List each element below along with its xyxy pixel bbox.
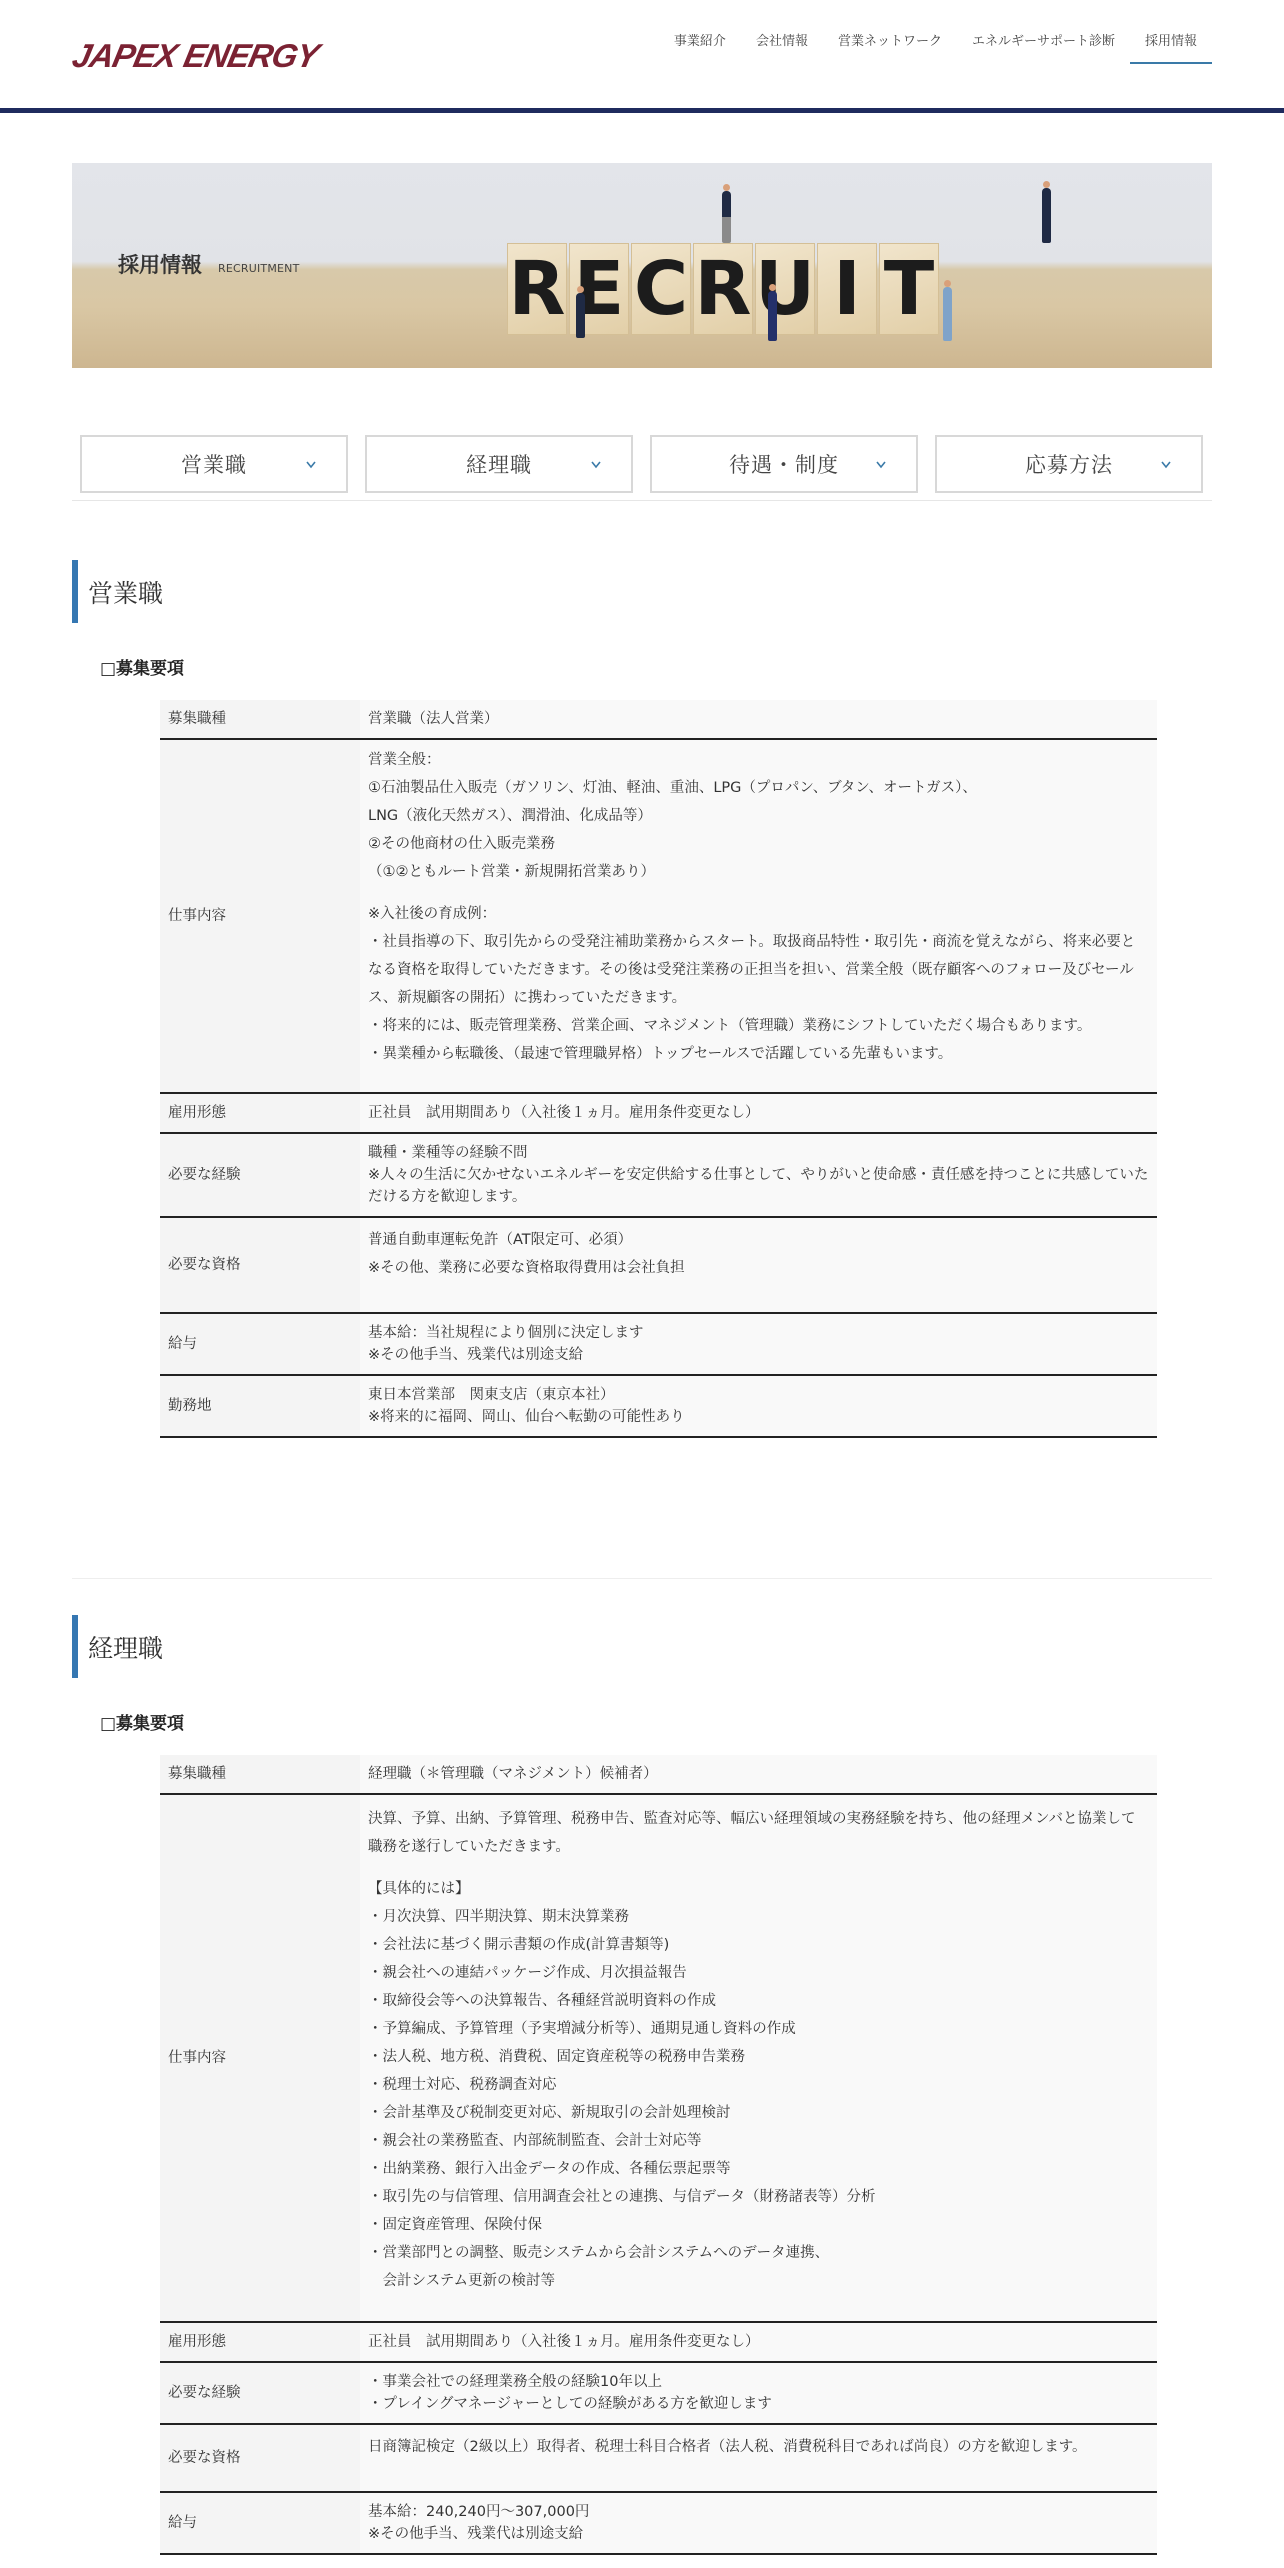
row-value: ・事業会社での経理業務全般の経験10年以上 ・プレイングマネージャーとしての経験…: [360, 2362, 1157, 2424]
requirements-heading: □募集要項: [100, 654, 184, 679]
row-label: 必要な経験: [160, 2362, 360, 2424]
value-line: 日商簿記検定（2級以上）取得者、税理士科目合格者（法人税、消費税科目であれば尚良…: [368, 2433, 1149, 2461]
table-row: 必要な資格 普通自動車運転免許（AT限定可、必須） ※その他、業務に必要な資格取…: [160, 1217, 1157, 1313]
tab-label: 待遇・制度: [729, 449, 839, 479]
section-heading-sales: 営業職: [72, 560, 163, 623]
value-line: 【具体的には】: [368, 1875, 1149, 1903]
tab-how-to-apply[interactable]: 応募方法: [935, 435, 1203, 493]
main-nav: 事業紹介 会社情報 営業ネットワーク エネルギーサポート診断 採用情報: [659, 26, 1212, 64]
letter-block: C: [631, 243, 691, 335]
nav-item-recruitment[interactable]: 採用情報: [1130, 26, 1212, 64]
section-title: 経理職: [88, 1629, 163, 1665]
section-heading-accounting: 経理職: [72, 1615, 163, 1678]
chevron-down-icon: [306, 459, 316, 469]
page-subtitle: RECRUITMENT: [218, 262, 300, 275]
row-value: 正社員 試用期間あり（入社後１ヵ月。雇用条件変更なし）: [360, 1093, 1157, 1133]
miniature-figure: [722, 191, 731, 243]
letter-block: U: [755, 243, 815, 335]
page-title: 採用情報: [118, 249, 202, 279]
tab-label: 応募方法: [1025, 449, 1113, 479]
nav-item-company[interactable]: 会社情報: [741, 26, 823, 64]
tab-benefits[interactable]: 待遇・制度: [650, 435, 918, 493]
row-value: 経理職（＊管理職（マネジメント）候補者）: [360, 1755, 1157, 1794]
chevron-down-icon: [876, 459, 886, 469]
value-line: ・法人税、地方税、消費税、固定資産税等の税務申告業務: [368, 2043, 1149, 2071]
row-label: 仕事内容: [160, 1794, 360, 2322]
value-line: ・事業会社での経理業務全般の経験10年以上: [368, 2371, 1149, 2393]
row-label: 給与: [160, 1313, 360, 1375]
nav-item-sales-network[interactable]: 営業ネットワーク: [823, 26, 957, 64]
spacer: [368, 886, 1149, 900]
row-label: 勤務地: [160, 1375, 360, 1437]
value-line: ※将来的に福岡、岡山、仙台へ転勤の可能性あり: [368, 1406, 1149, 1428]
nav-item-energy-support[interactable]: エネルギーサポート診断: [957, 26, 1130, 64]
miniature-figure: [768, 291, 777, 341]
table-row: 募集職種 営業職（法人営業）: [160, 700, 1157, 739]
requirements-heading: □募集要項: [100, 1709, 184, 1734]
miniature-figure: [576, 293, 585, 338]
value-line: ・月次決算、四半期決算、期末決算業務: [368, 1903, 1149, 1931]
table-row: 仕事内容 営業全般： ①石油製品仕入販売（ガソリン、灯油、軽油、重油、LPG（プ…: [160, 739, 1157, 1093]
miniature-figure: [1042, 188, 1051, 243]
value-line: 決算、予算、出納、予算管理、税務申告、監査対応等、幅広い経理領域の実務経験を持ち…: [368, 1805, 1149, 1861]
row-value: 日商簿記検定（2級以上）取得者、税理士科目合格者（法人税、消費税科目であれば尚良…: [360, 2424, 1157, 2492]
row-value: 基本給：当社規程により個別に決定します ※その他手当、残業代は別途支給: [360, 1313, 1157, 1375]
sales-requirements-table: 募集職種 営業職（法人営業） 仕事内容 営業全般： ①石油製品仕入販売（ガソリン…: [160, 700, 1157, 1438]
value-line: ・固定資産管理、保険付保: [368, 2211, 1149, 2239]
value-line: 職種・業種等の経験不問: [368, 1142, 1149, 1164]
row-value: 営業職（法人営業）: [360, 700, 1157, 739]
nav-item-business[interactable]: 事業紹介: [659, 26, 741, 64]
value-line: 基本給：当社規程により個別に決定します: [368, 1322, 1149, 1344]
table-row: 雇用形態 正社員 試用期間あり（入社後１ヵ月。雇用条件変更なし）: [160, 2322, 1157, 2362]
recruit-blocks-image: R E C R U I T: [507, 243, 939, 335]
row-value: 正社員 試用期間あり（入社後１ヵ月。雇用条件変更なし）: [360, 2322, 1157, 2362]
banner-title-group: 採用情報 RECRUITMENT: [118, 249, 300, 279]
table-row: 給与 基本給：当社規程により個別に決定します ※その他手当、残業代は別途支給: [160, 1313, 1157, 1375]
value-line: ※人々の生活に欠かせないエネルギーを安定供給する仕事として、やりがいと使命感・責…: [368, 1164, 1149, 1208]
row-label: 仕事内容: [160, 739, 360, 1093]
spacer: [368, 1861, 1149, 1875]
value-line: 基本給：240,240円～307,000円: [368, 2501, 1149, 2523]
header-divider: [0, 108, 1284, 113]
row-value: 職種・業種等の経験不問 ※人々の生活に欠かせないエネルギーを安定供給する仕事とし…: [360, 1133, 1157, 1217]
value-line: 東日本営業部 関東支店（東京本社）: [368, 1384, 1149, 1406]
row-label: 雇用形態: [160, 2322, 360, 2362]
row-label: 募集職種: [160, 1755, 360, 1794]
value-line: ・税理士対応、税務調査対応: [368, 2071, 1149, 2099]
section-tabs: 営業職 経理職 待遇・制度 応募方法: [80, 435, 1203, 493]
value-line: 営業全般：: [368, 746, 1149, 774]
section-title: 営業職: [88, 574, 163, 610]
section-divider: [72, 1578, 1212, 1579]
value-line: ・プレイングマネージャーとしての経験がある方を歓迎します: [368, 2393, 1149, 2415]
row-label: 必要な経験: [160, 1133, 360, 1217]
row-value: 営業全般： ①石油製品仕入販売（ガソリン、灯油、軽油、重油、LPG（プロパン、ブ…: [360, 739, 1157, 1093]
row-label: 給与: [160, 2492, 360, 2554]
value-line: ・出納業務、銀行入出金データの作成、各種伝票起票等: [368, 2155, 1149, 2183]
miniature-figure: [943, 287, 952, 341]
row-label: 必要な資格: [160, 2424, 360, 2492]
letter-block: R: [507, 243, 567, 335]
row-value: 基本給：240,240円～307,000円 ※その他手当、残業代は別途支給: [360, 2492, 1157, 2554]
chevron-down-icon: [1161, 459, 1171, 469]
row-value: 決算、予算、出納、予算管理、税務申告、監査対応等、幅広い経理領域の実務経験を持ち…: [360, 1794, 1157, 2322]
value-line: ※その他、業務に必要な資格取得費用は会社負担: [368, 1254, 1149, 1282]
tab-accounting[interactable]: 経理職: [365, 435, 633, 493]
value-line: ・予算編成、予算管理（予実増減分析等）、通期見通し資料の作成: [368, 2015, 1149, 2043]
row-value: 普通自動車運転免許（AT限定可、必須） ※その他、業務に必要な資格取得費用は会社…: [360, 1217, 1157, 1313]
row-label: 募集職種: [160, 700, 360, 739]
tab-label: 経理職: [466, 449, 532, 479]
row-value: 東日本営業部 関東支店（東京本社） ※将来的に福岡、岡山、仙台へ転勤の可能性あり: [360, 1375, 1157, 1437]
table-row: 必要な経験 職種・業種等の経験不問 ※人々の生活に欠かせないエネルギーを安定供給…: [160, 1133, 1157, 1217]
table-row: 必要な経験 ・事業会社での経理業務全般の経験10年以上 ・プレイングマネージャー…: [160, 2362, 1157, 2424]
letter-block: T: [879, 243, 939, 335]
value-line: （①②ともルート営業・新規開拓営業あり）: [368, 858, 1149, 886]
tabs-divider: [72, 500, 1212, 501]
table-row: 仕事内容 決算、予算、出納、予算管理、税務申告、監査対応等、幅広い経理領域の実務…: [160, 1794, 1157, 2322]
row-label: 雇用形態: [160, 1093, 360, 1133]
value-line: 普通自動車運転免許（AT限定可、必須）: [368, 1226, 1149, 1254]
page-banner: 採用情報 RECRUITMENT R E C R U I T: [72, 163, 1212, 368]
value-line: ・社員指導の下、取引先からの受発注補助業務からスタート。取扱商品特性・取引先・商…: [368, 928, 1149, 1012]
value-line: ①石油製品仕入販売（ガソリン、灯油、軽油、重油、LPG（プロパン、ブタン、オート…: [368, 774, 1149, 802]
value-line: ・会計基準及び税制変更対応、新規取引の会計処理検討: [368, 2099, 1149, 2127]
table-row: 給与 基本給：240,240円～307,000円 ※その他手当、残業代は別途支給: [160, 2492, 1157, 2554]
value-line: ・将来的には、販売管理業務、営業企画、マネジメント（管理職）業務にシフトしていた…: [368, 1012, 1149, 1040]
accounting-requirements-table: 募集職種 経理職（＊管理職（マネジメント）候補者） 仕事内容 決算、予算、出納、…: [160, 1755, 1157, 2555]
value-line: ・異業種から転職後、（最速で管理職昇格）トップセールスで活躍している先輩もいます…: [368, 1040, 1149, 1068]
table-row: 雇用形態 正社員 試用期間あり（入社後１ヵ月。雇用条件変更なし）: [160, 1093, 1157, 1133]
letter-block: I: [817, 243, 877, 335]
value-line: ・親会社の業務監査、内部統制監査、会計士対応等: [368, 2127, 1149, 2155]
value-line: LNG（液化天然ガス）、潤滑油、化成品等）: [368, 802, 1149, 830]
value-line: ※入社後の育成例：: [368, 900, 1149, 928]
value-line: ・営業部門との調整、販売システムから会計システムへのデータ連携、: [368, 2239, 1149, 2267]
chevron-down-icon: [591, 459, 601, 469]
value-line: ・会社法に基づく開示書類の作成(計算書類等): [368, 1931, 1149, 1959]
row-label: 必要な資格: [160, 1217, 360, 1313]
table-row: 勤務地 東日本営業部 関東支店（東京本社） ※将来的に福岡、岡山、仙台へ転勤の可…: [160, 1375, 1157, 1437]
table-row: 募集職種 経理職（＊管理職（マネジメント）候補者）: [160, 1755, 1157, 1794]
letter-block: R: [693, 243, 753, 335]
value-line: ・親会社への連結パッケージ作成、月次損益報告: [368, 1959, 1149, 1987]
value-line: ※その他手当、残業代は別途支給: [368, 2523, 1149, 2545]
tab-label: 営業職: [181, 449, 247, 479]
value-line: ・取締役会等への決算報告、各種経営説明資料の作成: [368, 1987, 1149, 2015]
table-row: 必要な資格 日商簿記検定（2級以上）取得者、税理士科目合格者（法人税、消費税科目…: [160, 2424, 1157, 2492]
value-line: ②その他商材の仕入販売業務: [368, 830, 1149, 858]
company-logo[interactable]: JAPEX ENERGY: [69, 38, 321, 74]
value-line: 会計システム更新の検討等: [368, 2267, 1149, 2295]
value-line: ・取引先の与信管理、信用調査会社との連携、与信データ（財務諸表等）分析: [368, 2183, 1149, 2211]
site-header: JAPEX ENERGY 事業紹介 会社情報 営業ネットワーク エネルギーサポー…: [0, 0, 1284, 108]
value-line: ※その他手当、残業代は別途支給: [368, 1344, 1149, 1366]
tab-sales[interactable]: 営業職: [80, 435, 348, 493]
